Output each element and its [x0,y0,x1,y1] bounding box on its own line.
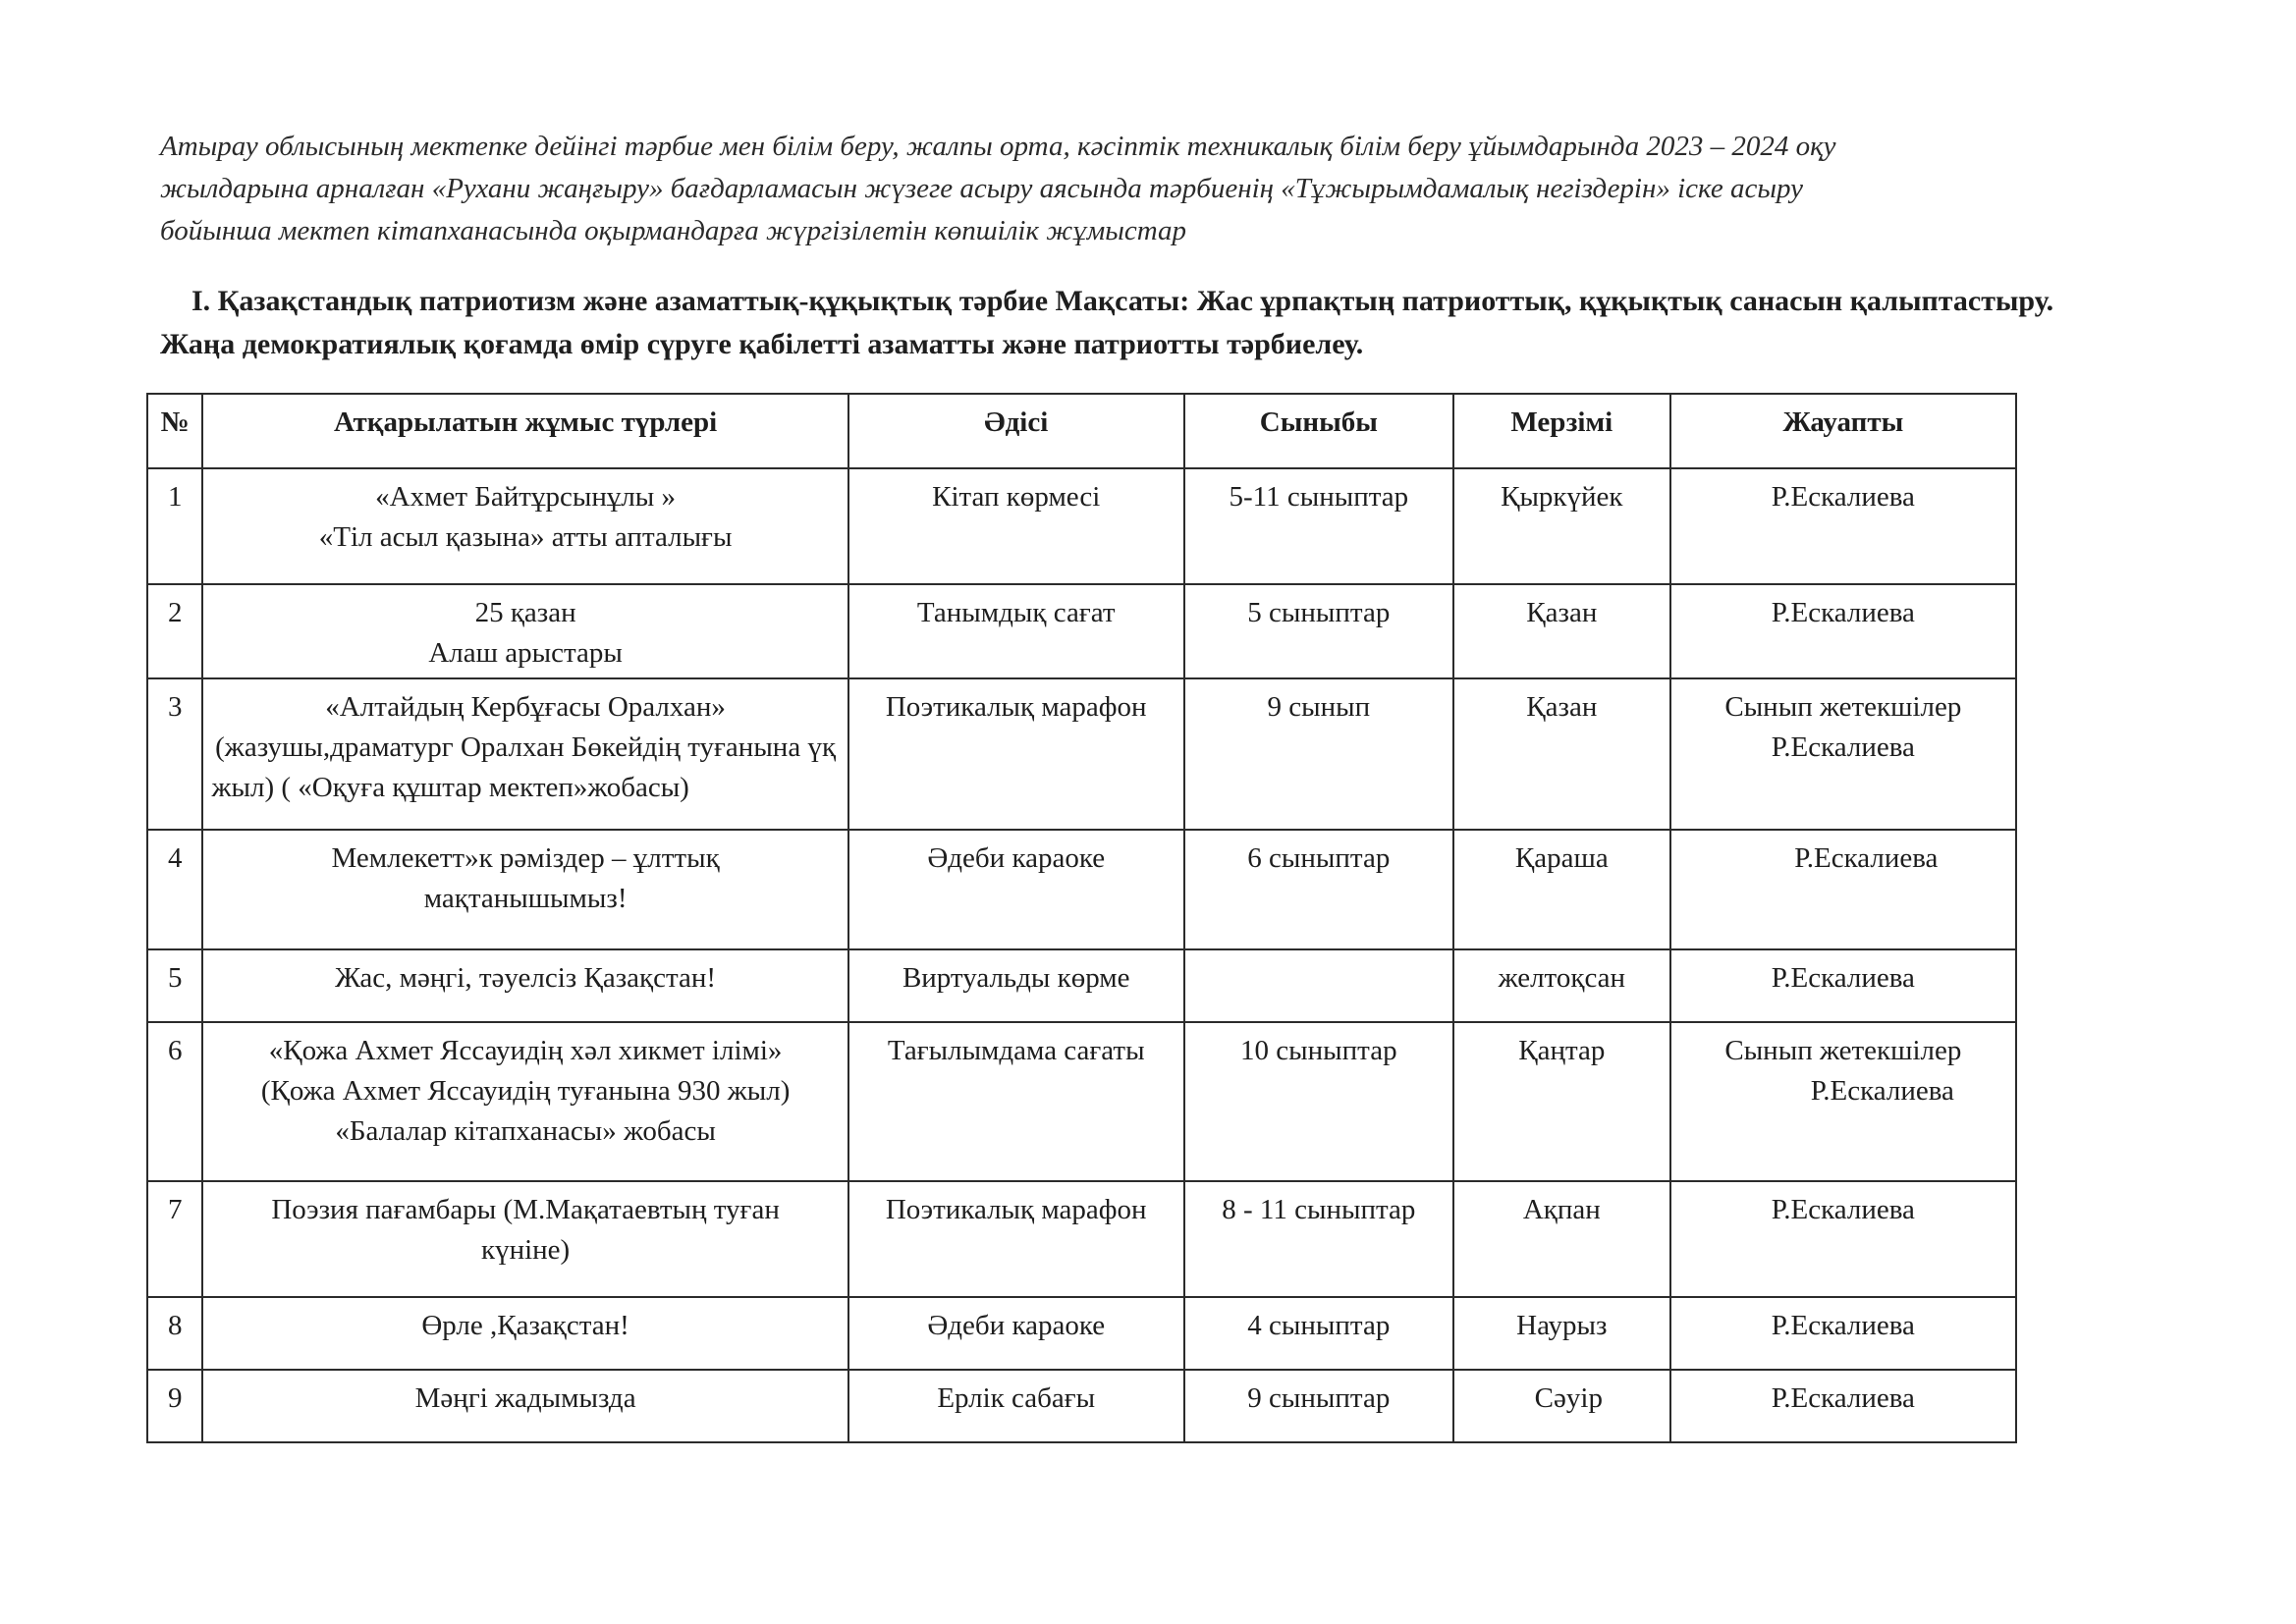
cell-method: Әдеби караоке [848,1297,1184,1370]
cell-class [1184,949,1453,1022]
cell-number: 7 [147,1181,202,1297]
cell-responsible: Р.Ескалиева [1670,1297,2016,1370]
cell-class: 10 сыныптар [1184,1022,1453,1181]
cell-work: «Алтайдың Кербұғасы Оралхан» (жазушы,дра… [202,678,847,830]
table-row: 6 «Қожа Ахмет Яссауидің хәл хикмет ілімі… [147,1022,2016,1181]
cell-term: Сәуір [1453,1370,1670,1442]
table-row: 5 Жас, мәңгі, тәуелсіз Қазақстан! Виртуа… [147,949,2016,1022]
header-method: Әдісі [848,394,1184,468]
cell-method: Тағылымдама сағаты [848,1022,1184,1181]
cell-work: Мемлекетт»к рәміздер – ұлттық мақтанышым… [202,830,847,949]
table-row: 3 «Алтайдың Кербұғасы Оралхан» (жазушы,д… [147,678,2016,830]
cell-term: Ақпан [1453,1181,1670,1297]
cell-number: 3 [147,678,202,830]
cell-class: 9 сыныптар [1184,1370,1453,1442]
cell-number: 9 [147,1370,202,1442]
table-row: 8 Өрле ,Қазақстан! Әдеби караоке 4 сынып… [147,1297,2016,1370]
cell-work: Мәңгі жадымызда [202,1370,847,1442]
cell-class: 9 сынып [1184,678,1453,830]
cell-method: Кітап көрмесі [848,468,1184,584]
cell-responsible: Сынып жетекшілер Р.Ескалиева [1670,1022,2016,1181]
cell-work: «Ахмет Байтұрсынұлы » «Тіл асыл қазына» … [202,468,847,584]
cell-responsible: Р.Ескалиева [1670,1370,2016,1442]
intro-line: Атырау облысының мектепке дейінгі тәрбие… [160,126,2134,168]
section-heading-text: I. Қазақстандық патриотизм және азаматты… [160,285,2053,360]
cell-method: Танымдық сағат [848,584,1184,678]
header-term: Мерзімі [1453,394,1670,468]
table-row: 7 Поэзия пағамбары (М.Мақатаевтың туған … [147,1181,2016,1297]
cell-class: 8 - 11 сыныптар [1184,1181,1453,1297]
cell-method: Виртуальды көрме [848,949,1184,1022]
cell-work: 25 қазан Алаш арыстары [202,584,847,678]
cell-work: «Қожа Ахмет Яссауидің хәл хикмет ілімі» … [202,1022,847,1181]
cell-class: 6 сыныптар [1184,830,1453,949]
cell-responsible: Сынып жетекшілер Р.Ескалиева [1670,678,2016,830]
cell-responsible: Р.Ескалиева [1670,830,2016,949]
table-row: 2 25 қазан Алаш арыстары Танымдық сағат … [147,584,2016,678]
intro-line: жылдарына арналған «Рухани жаңғыру» бағд… [160,168,2134,210]
cell-term: Қазан [1453,678,1670,830]
cell-term: желтоқсан [1453,949,1670,1022]
cell-number: 6 [147,1022,202,1181]
cell-method: Поэтикалық марафон [848,678,1184,830]
section-heading: I. Қазақстандық патриотизм және азаматты… [160,280,2124,366]
cell-number: 4 [147,830,202,949]
header-work: Атқарылатын жұмыс түрлері [202,394,847,468]
cell-responsible: Р.Ескалиева [1670,949,2016,1022]
cell-term: Наурыз [1453,1297,1670,1370]
cell-class: 5 сыныптар [1184,584,1453,678]
cell-term: Қыркүйек [1453,468,1670,584]
header-number: № [147,394,202,468]
cell-class: 5-11 сыныптар [1184,468,1453,584]
cell-responsible: Р.Ескалиева [1670,584,2016,678]
cell-work: Өрле ,Қазақстан! [202,1297,847,1370]
header-responsible: Жауапты [1670,394,2016,468]
table-row: 1 «Ахмет Байтұрсынұлы » «Тіл асыл қазына… [147,468,2016,584]
cell-method: Поэтикалық марафон [848,1181,1184,1297]
cell-responsible: Р.Ескалиева [1670,1181,2016,1297]
cell-method: Әдеби караоке [848,830,1184,949]
cell-class: 4 сыныптар [1184,1297,1453,1370]
cell-number: 2 [147,584,202,678]
intro-line: бойынша мектеп кітапханасында оқырмандар… [160,210,2134,252]
table-row: 4 Мемлекетт»к рәміздер – ұлттық мақтаныш… [147,830,2016,949]
table-header-row: № Атқарылатын жұмыс түрлері Әдісі Сыныбы… [147,394,2016,468]
cell-term: Қазан [1453,584,1670,678]
cell-term: Қараша [1453,830,1670,949]
document-intro-title: Атырау облысының мектепке дейінгі тәрбие… [160,126,2134,252]
cell-responsible: Р.Ескалиева [1670,468,2016,584]
cell-term: Қаңтар [1453,1022,1670,1181]
cell-number: 8 [147,1297,202,1370]
cell-number: 1 [147,468,202,584]
cell-number: 5 [147,949,202,1022]
cell-work: Поэзия пағамбары (М.Мақатаевтың туған кү… [202,1181,847,1297]
cell-work: Жас, мәңгі, тәуелсіз Қазақстан! [202,949,847,1022]
header-class: Сыныбы [1184,394,1453,468]
work-plan-table: № Атқарылатын жұмыс түрлері Әдісі Сыныбы… [146,393,2017,1443]
table-row: 9 Мәңгі жадымызда Ерлік сабағы 9 сыныпта… [147,1370,2016,1442]
cell-method: Ерлік сабағы [848,1370,1184,1442]
